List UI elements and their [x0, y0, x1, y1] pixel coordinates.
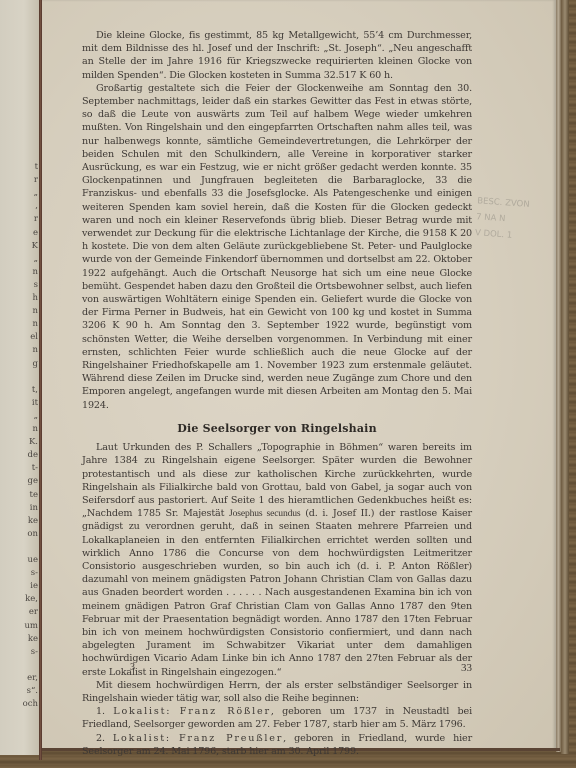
left-page-fragment: ie [30, 581, 38, 591]
left-page-fragment: „ [34, 254, 38, 264]
list-entry-title: Lokalist: [113, 706, 171, 717]
page-footer: 3 33 [82, 662, 472, 676]
paragraph-series-intro: Mit diesem hochwürdigen Herrn, der als e… [82, 679, 472, 705]
left-page-fragment: och [23, 699, 38, 709]
left-page-fragment: ue [27, 555, 38, 565]
list-entry: 2. Lokalist: Franz Preußler, geboren in … [82, 732, 472, 758]
left-page-fragment: n [33, 424, 38, 434]
left-page-fragment: s [34, 280, 38, 290]
section-heading: Die Seelsorger von Ringelshain [82, 422, 472, 435]
history-text-part2: (d. i. Josef II.) der rastlose Kaiser gn… [82, 508, 472, 677]
left-page-fragment: um [24, 621, 38, 631]
left-page-fragment: t‑ [32, 463, 38, 473]
left-page-fragment: K [32, 241, 38, 251]
left-page-fragment: h [33, 293, 38, 303]
left-page-fragment: „ [34, 411, 38, 421]
list-entry-name: Franz Rößler [180, 706, 271, 717]
left-page-fragment: it [32, 398, 38, 408]
latin-phrase: Josephus secundus [229, 508, 300, 519]
left-page-fragment: in [30, 503, 38, 513]
pencil-annotation: BESC. ZVON 7 NA N V DOL. 1 [474, 193, 557, 246]
left-page-fragment: on [27, 529, 38, 539]
left-page-fragment: ke [28, 634, 38, 644]
left-page-text-fragments: tr„,reK„nshnnelngt,it„nK.det‑geteinkeonu… [0, 0, 38, 760]
list-entry-title: Lokalist: [113, 733, 171, 744]
left-page-fragment: n [33, 306, 38, 316]
page-number: 33 [461, 662, 472, 674]
left-page-fragment: n [33, 345, 38, 355]
list-entry-number: 2. [96, 733, 113, 744]
signature-mark: 3 [130, 662, 135, 673]
left-page-fragment: n [33, 267, 38, 277]
paragraph-history: Laut Urkunden des P. Schallers „Topograp… [82, 441, 472, 679]
left-page-fragment: s‑ [31, 568, 38, 578]
left-page-fragment: t, [32, 385, 38, 395]
left-page-fragment: g [33, 359, 38, 369]
left-page-fragment: „ [34, 188, 38, 198]
left-page-fragment: r [34, 214, 38, 224]
left-page-edge: tr„,reK„nshnnelngt,it„nK.det‑geteinkeonu… [0, 0, 40, 755]
book-cover-edge [561, 0, 569, 754]
left-page-fragment: er [29, 607, 38, 617]
left-page-fragment: n [33, 319, 38, 329]
paragraph-small-bell: Die kleine Glocke, fis gestimmt, 85 kg M… [82, 29, 472, 82]
left-page-fragment: e [33, 228, 38, 238]
left-page-fragment: te [30, 490, 38, 500]
left-page-fragment: ke [28, 516, 38, 526]
left-page-fragment: s‑ [31, 647, 38, 657]
list-entry-name: Franz Preußler [179, 733, 283, 744]
left-page-fragment: r [34, 175, 38, 185]
left-page-fragment: er, [27, 673, 38, 683]
left-page-fragment: ke, [25, 594, 38, 604]
left-page-fragment: t [35, 162, 38, 172]
left-page-fragment: el [30, 332, 38, 342]
left-page-fragment: K. [29, 437, 38, 447]
left-page-fragment: de [28, 450, 38, 460]
list-entry: 1. Lokalist: Franz Rößler, geboren um 17… [82, 705, 472, 731]
list-entry-number: 1. [96, 706, 113, 717]
left-page-fragment: s“. [27, 686, 38, 696]
left-page-fragment: ge [28, 476, 38, 486]
paragraph-bell-consecration: Großartig gestaltete sich die Feier der … [82, 82, 472, 412]
page-text-block: Die kleine Glocke, fis gestimmt, 85 kg M… [82, 29, 472, 758]
left-page-fragment: , [35, 201, 38, 211]
